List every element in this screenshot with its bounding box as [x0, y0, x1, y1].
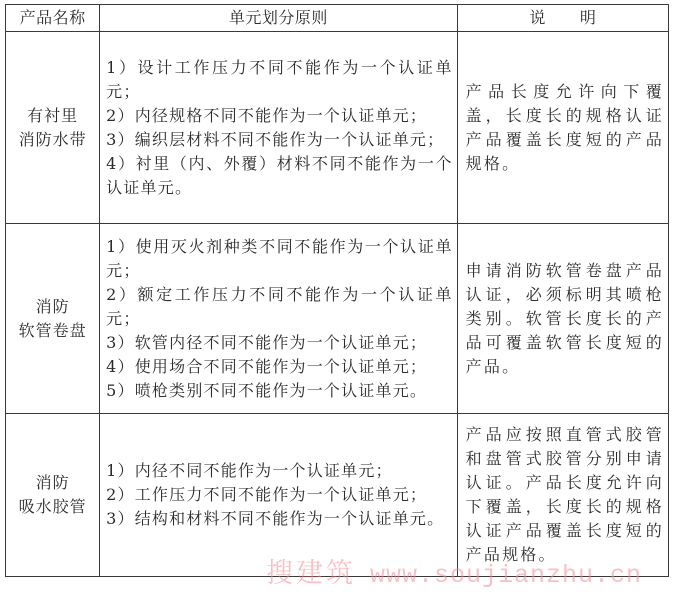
header-note-part1: 说	[529, 8, 546, 27]
certification-unit-table: 产品名称 单元划分原则 说明 有衬里 消防水带 1）设计工作压力不同不能作为一个…	[5, 4, 669, 577]
rule-item: 1）使用灭火剂种类不同不能作为一个认证单元；	[106, 235, 453, 283]
product-name-line1: 消防	[6, 295, 99, 319]
product-name-cell: 消防 吸水胶管	[6, 414, 100, 577]
unit-rule-cell: 1）使用灭火剂种类不同不能作为一个认证单元； 2）额定工作压力不同不能作为一个认…	[100, 224, 458, 414]
table-row: 有衬里 消防水带 1）设计工作压力不同不能作为一个认证单元； 2）内径规格不同不…	[6, 32, 669, 224]
rule-item: 4）衬里（内、外覆）材料不同不能作为一个认证单元。	[106, 152, 453, 200]
product-name-cell: 有衬里 消防水带	[6, 32, 100, 224]
rule-item: 1）内径不同不能作为一个认证单元；	[106, 459, 453, 483]
table-row: 消防 软管卷盘 1）使用灭火剂种类不同不能作为一个认证单元； 2）额定工作压力不…	[6, 224, 669, 414]
table-header-row: 产品名称 单元划分原则 说明	[6, 5, 669, 32]
rule-item: 2）工作压力不同不能作为一个认证单元；	[106, 483, 453, 507]
product-name-line1: 消防	[6, 471, 99, 495]
product-name-cell: 消防 软管卷盘	[6, 224, 100, 414]
header-product-name: 产品名称	[6, 5, 100, 32]
rule-item: 3）结构和材料不同不能作为一个认证单元。	[106, 507, 453, 531]
rule-item: 1）设计工作压力不同不能作为一个认证单元；	[106, 56, 453, 104]
note-cell: 申请消防软管卷盘产品认证，必须标明其喷枪类别。软管长度长的产品可覆盖软管长度短的…	[457, 224, 668, 414]
product-name-line2: 软管卷盘	[6, 319, 99, 343]
product-name-line1: 有衬里	[6, 104, 99, 128]
note-cell: 产品应按照直管式胶管和盘管式胶管分别申请认证。产品长度允许向下覆盖，长度长的规格…	[457, 414, 668, 577]
header-note-part2: 明	[580, 8, 597, 27]
unit-rule-cell: 1）内径不同不能作为一个认证单元； 2）工作压力不同不能作为一个认证单元； 3）…	[100, 414, 458, 577]
rule-item: 2）内径规格不同不能作为一个认证单元；	[106, 104, 453, 128]
rule-item: 3）软管内径不同不能作为一个认证单元；	[106, 331, 453, 355]
rule-item: 2）额定工作压力不同不能作为一个认证单元；	[106, 283, 453, 331]
header-unit-rule: 单元划分原则	[100, 5, 458, 32]
product-name-line2: 吸水胶管	[6, 495, 99, 519]
rule-item: 4）使用场合不同不能作为一个认证单元；	[106, 355, 453, 379]
table-row: 消防 吸水胶管 1）内径不同不能作为一个认证单元； 2）工作压力不同不能作为一个…	[6, 414, 669, 577]
rule-item: 3）编织层材料不同不能作为一个认证单元；	[106, 128, 453, 152]
header-note: 说明	[457, 5, 668, 32]
note-cell: 产品长度允许向下覆盖，长度长的规格认证产品覆盖长度短的产品规格。	[457, 32, 668, 224]
unit-rule-cell: 1）设计工作压力不同不能作为一个认证单元； 2）内径规格不同不能作为一个认证单元…	[100, 32, 458, 224]
product-name-line2: 消防水带	[6, 128, 99, 152]
rule-item: 5）喷枪类别不同不能作为一个认证单元。	[106, 379, 453, 403]
